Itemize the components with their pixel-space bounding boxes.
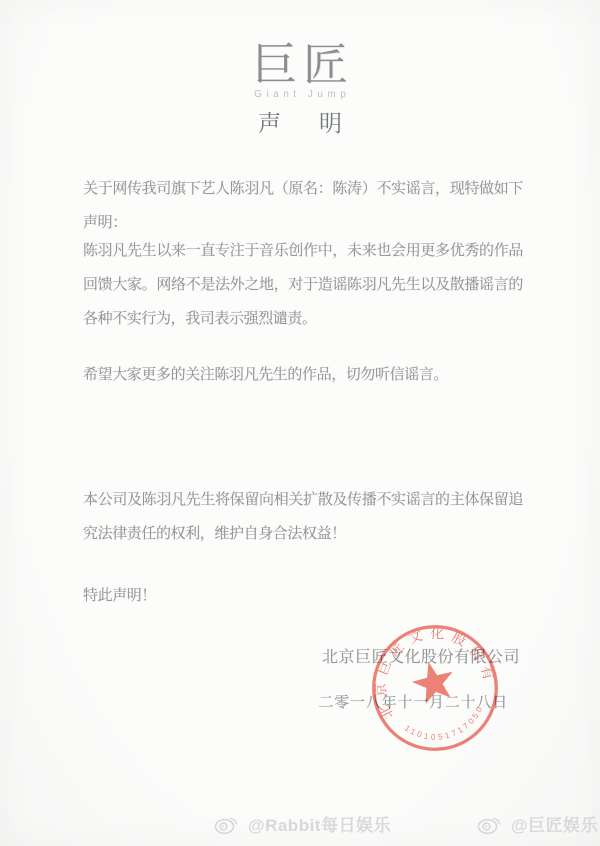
official-seal: 北京巨匠文化股份有限公司 1101051717050 bbox=[368, 621, 502, 755]
statement-title: 声明 bbox=[0, 109, 600, 137]
svg-text:1101051717050: 1101051717050 bbox=[401, 703, 490, 750]
statement-paragraph-appeal: 希望大家更多的关注陈羽凡先生的作品，切勿听信谣言。 bbox=[83, 358, 523, 392]
seal-star-icon bbox=[408, 657, 458, 706]
weibo-icon bbox=[213, 810, 241, 836]
watermark-left: @Rabbit每日娱乐 bbox=[213, 810, 391, 836]
weibo-icon bbox=[476, 810, 504, 836]
seal-serial-number: 1101051717050 bbox=[401, 703, 490, 750]
statement-paragraph-legal: 本公司及陈羽凡先生将保留向相关扩散及传播不实谣言的主体保留追究法律责任的权利，维… bbox=[83, 483, 523, 551]
statement-closing: 特此声明！ bbox=[83, 579, 523, 613]
watermark-right: @巨匠娱乐 bbox=[476, 810, 598, 836]
statement-paragraph-intro: 关于网传我司旗下艺人陈羽凡（原名：陈涛）不实谣言，现特做如下声明： bbox=[83, 172, 523, 240]
scanned-statement-page: 巨匠 Giant Jump 声明 关于网传我司旗下艺人陈羽凡（原名：陈涛）不实谣… bbox=[0, 0, 600, 846]
company-logo-subtitle: Giant Jump bbox=[0, 89, 600, 101]
watermark-right-label: @巨匠娱乐 bbox=[511, 811, 598, 836]
statement-paragraph-condemnation: 陈羽凡先生以来一直专注于音乐创作中，未来也会用更多优秀的作品回馈大家。网络不是法… bbox=[83, 234, 523, 336]
company-logo: 巨匠 bbox=[0, 40, 600, 90]
watermark-left-label: @Rabbit每日娱乐 bbox=[248, 811, 391, 836]
